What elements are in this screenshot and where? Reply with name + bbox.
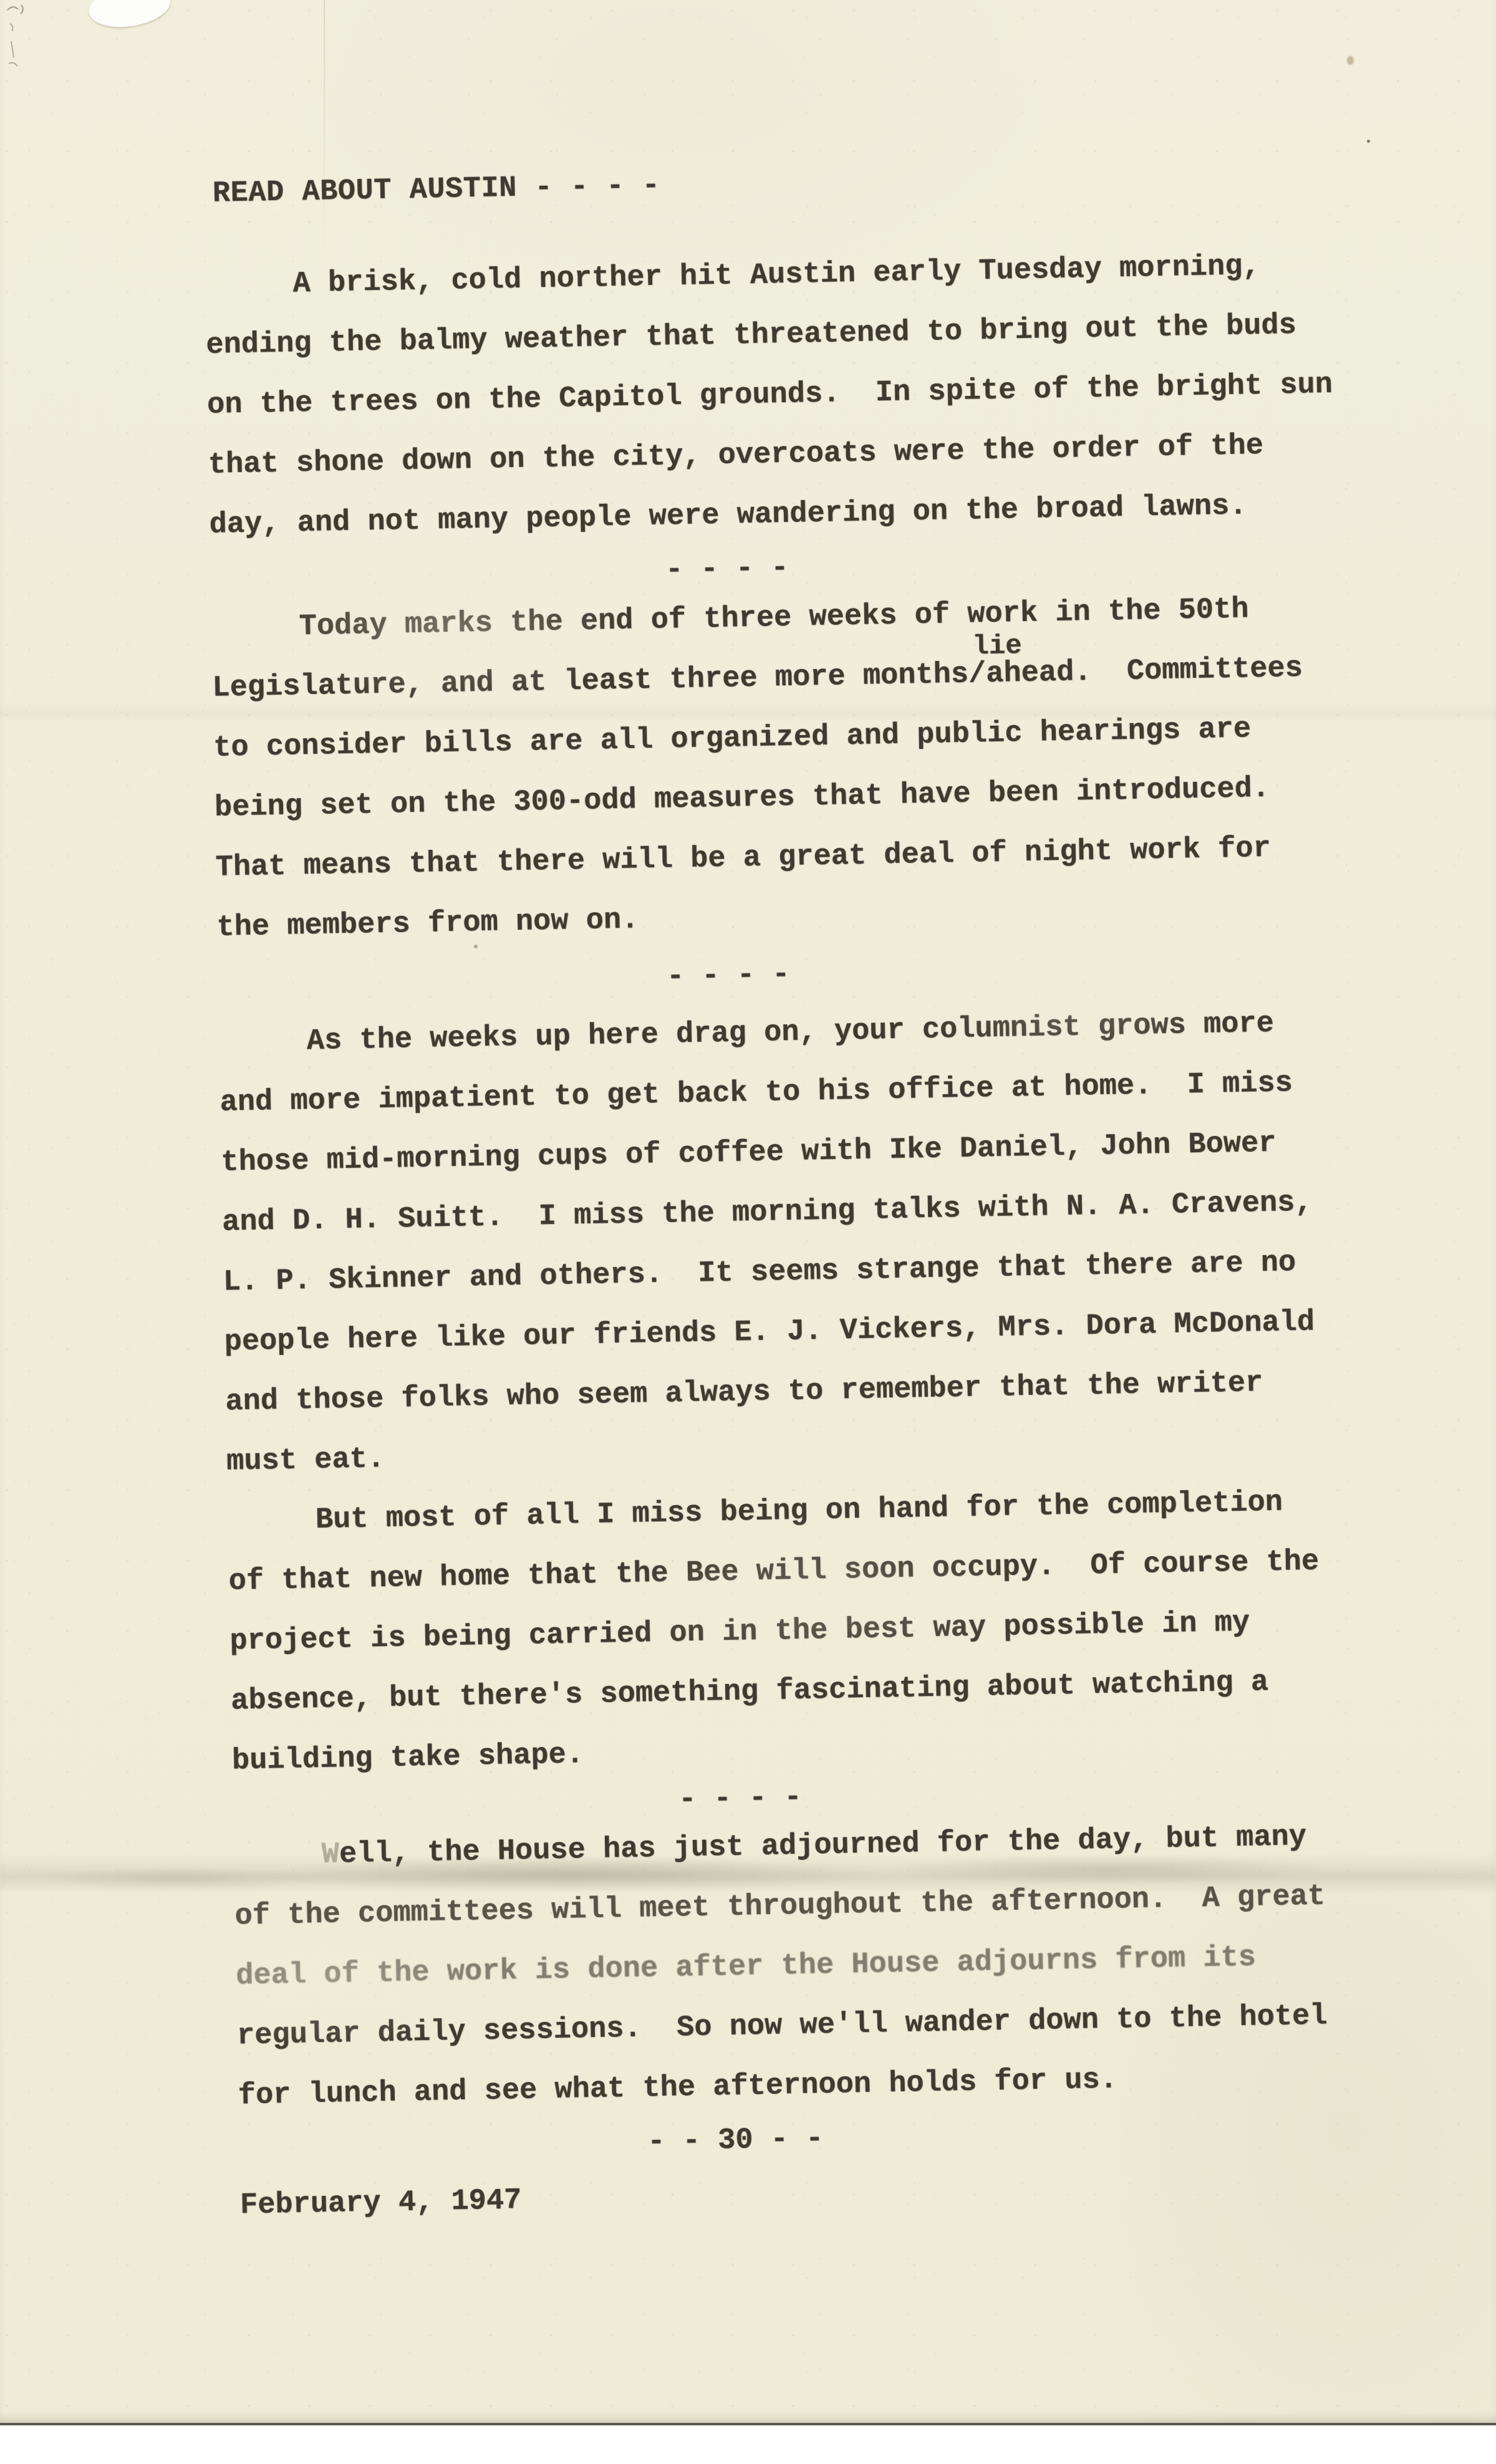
date-line: February 4, 1947: [239, 2171, 522, 2236]
pencil-marks: [2, 1, 59, 89]
page-title: READ ABOUT AUSTIN - - - -: [212, 156, 660, 224]
torn-corner: [86, 0, 173, 32]
stain-spot: [1347, 56, 1354, 65]
paragraph-2: Today marks the end of three weeks of wo…: [211, 579, 1308, 958]
paragraph-4: But most of all I miss being on hand for…: [227, 1473, 1323, 1792]
paragraph-3: As the weeks up here drag on, your colum…: [218, 994, 1317, 1493]
typed-text-block: READ ABOUT AUSTIN - - - - A brisk, cold …: [203, 140, 1426, 2256]
interline-insertion: lie: [972, 632, 1022, 660]
paper-background: READ ABOUT AUSTIN - - - - A brisk, cold …: [0, 0, 1496, 2425]
paragraph-5: Well, the House has just adjourned for t…: [233, 1807, 1329, 2127]
end-mark: - - 30 - -: [239, 2109, 824, 2180]
paragraph-1: A brisk, cold norther hit Austin early T…: [205, 236, 1336, 556]
